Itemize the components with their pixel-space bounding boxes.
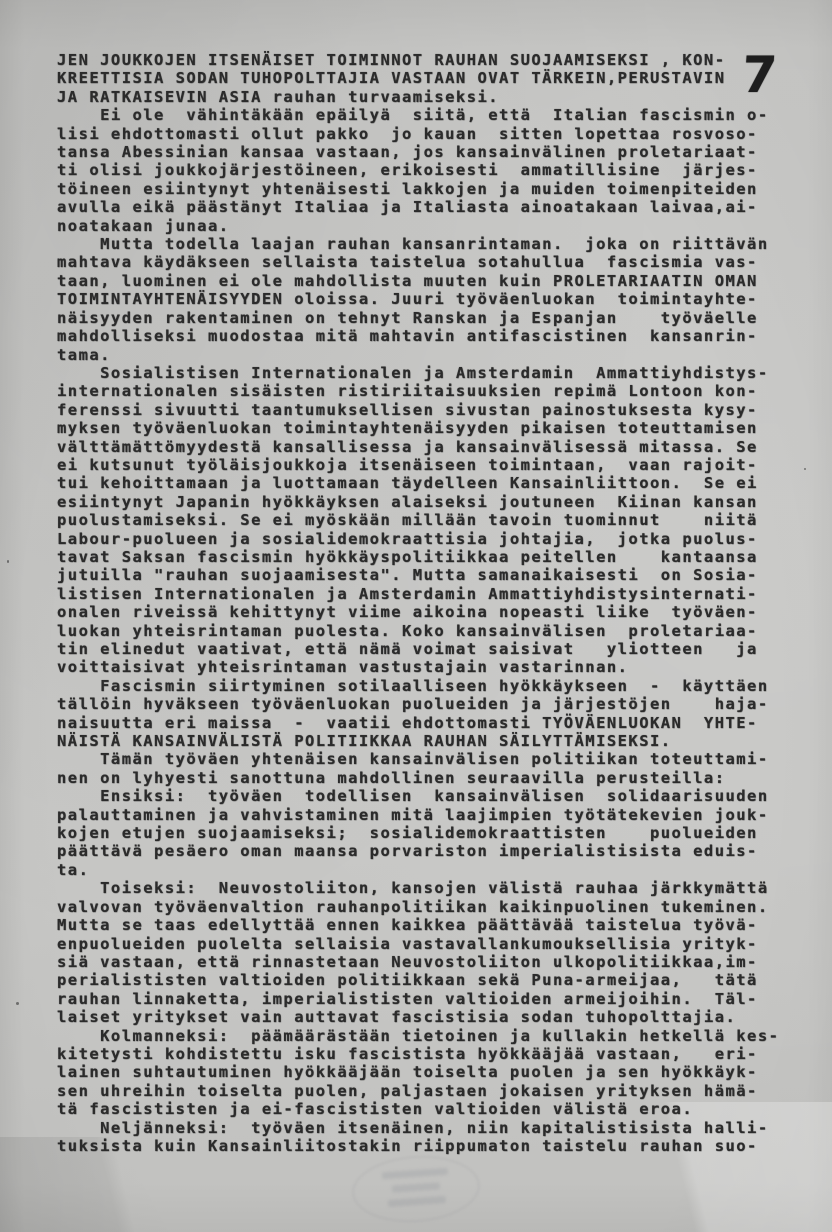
text-line: myksen työväenluokan toimintayhtenäisyyd…: [57, 419, 797, 437]
text-line: valvovan työväenvaltion rauhanpolitiikan…: [57, 898, 797, 916]
text-line: tavat Saksan fascismin hyökkäyspolitiikk…: [57, 548, 797, 566]
text-line: tansa Abessinian kansaa vastaan, jos kan…: [57, 143, 797, 161]
text-line: voittaisivat yhteisrintaman vastustajain…: [57, 658, 797, 676]
ink-speck: [7, 560, 9, 563]
text-line: näisyyden rakentaminen on tehnyt Ranskan…: [57, 309, 797, 327]
text-line: tin elinedut vaativat, että nämä voimat …: [57, 640, 797, 658]
text-line: puolustamiseksi. Se ei myöskään millään …: [57, 511, 797, 529]
text-line: Ei ole vähintäkään epäilyä siitä, että I…: [57, 106, 797, 124]
text-line: ei kutsunut työläisjoukkoja itsenäiseen …: [57, 456, 797, 474]
text-line: töineen esiintynyt yhtenäisesti lakkojen…: [57, 180, 797, 198]
text-line: siä vastaan, että rinnastetaan Neuvostol…: [57, 953, 797, 971]
text-line: rauhan linnaketta, imperialististen valt…: [57, 990, 797, 1008]
text-line: Fascismin siirtyminen sotilaalliseen hyö…: [57, 677, 797, 695]
text-line: perialististen valtioiden politiikkaan s…: [57, 971, 797, 989]
text-line: onalen riveissä kehittynyt viime aikoina…: [57, 603, 797, 621]
text-line: JEN JOUKKOJEN ITSENÄISET TOIMINNOT RAUHA…: [57, 51, 797, 69]
text-line: päättävä pesäero oman maansa porvariston…: [57, 842, 797, 860]
scanned-document-page: 7 JEN JOUKKOJEN ITSENÄISET TOIMINNOT RAU…: [0, 0, 832, 1232]
text-line: nen on lyhyesti sanottuna mahdollinen se…: [57, 769, 797, 787]
text-line: Ensiksi: työväen todellisen kansainvälis…: [57, 787, 797, 805]
text-line: lainen suhtautuminen hyökkääjään toiselt…: [57, 1063, 797, 1081]
text-line: avulla eikä päästänyt Italiaa ja Italias…: [57, 198, 797, 216]
text-line: enpuolueiden puolelta sellaisia vastaval…: [57, 935, 797, 953]
text-line: listisen Internationalen ja Amsterdamin …: [57, 585, 797, 603]
text-line: esiintynyt Japanin hyökkäyksen alaiseksi…: [57, 493, 797, 511]
text-line: Sosialistisen Internationalen ja Amsterd…: [57, 364, 797, 382]
text-line: luokan yhteisrintaman puolesta. Koko kan…: [57, 622, 797, 640]
text-line: palauttaminen ja vahvistaminen mitä laaj…: [57, 806, 797, 824]
text-line: ferenssi sivuutti taantumuksellisen sivu…: [57, 401, 797, 419]
text-line: Mutta se taas edellyttää ennen kaikkea p…: [57, 916, 797, 934]
text-line: tui kehoittamaan ja luottamaan täydellee…: [57, 474, 797, 492]
text-line: mahtava käydäkseen sellaista taistelua s…: [57, 253, 797, 271]
text-line: ti olisi joukkojärjestöineen, erikoisest…: [57, 161, 797, 179]
text-line: Tämän työväen yhtenäisen kansainvälisen …: [57, 750, 797, 768]
text-line: lisi ehdottomasti ollut pakko jo kauan s…: [57, 125, 797, 143]
text-line: Toiseksi: Neuvostoliiton, kansojen välis…: [57, 879, 797, 897]
text-line: Mutta todella laajan rauhan kansanrintam…: [57, 235, 797, 253]
text-line: välttämättömyydestä kansallisessa ja kan…: [57, 438, 797, 456]
text-line: kojen etujen suojaamiseksi; sosialidemok…: [57, 824, 797, 842]
text-line: ta.: [57, 861, 797, 879]
text-line: noatakaan junaa.: [57, 217, 797, 235]
stamp-text-line: [392, 1182, 440, 1192]
typewritten-text-block: JEN JOUKKOJEN ITSENÄISET TOIMINNOT RAUHA…: [57, 51, 797, 1155]
text-line: sen uhreihin toiselta puolen, paljastaen…: [57, 1082, 797, 1100]
text-line: NÄISTÄ KANSAINVÄLISTÄ POLITIIKKAA RAUHAN…: [57, 732, 797, 750]
text-line: Kolmanneksi: päämäärästään tietoinen ja …: [57, 1027, 797, 1045]
text-line: tä fascististen ja ei-fascististen valti…: [57, 1100, 797, 1118]
text-line: laiset yritykset vain auttavat fascistis…: [57, 1008, 797, 1026]
stamp-text-line: [382, 1168, 448, 1180]
text-line: Neljänneksi: työväen itsenäinen, niin ka…: [57, 1119, 797, 1137]
text-line: tällöin hyväkseen työväenluokan puolueid…: [57, 695, 797, 713]
text-line: kitetysti kohdistettu isku fascistista h…: [57, 1045, 797, 1063]
text-line: naisuutta eri maissa - vaatii ehdottomas…: [57, 714, 797, 732]
text-line: tuksista kuin Kansainliitostakin riippum…: [57, 1137, 797, 1155]
bleed-through-stamp: [350, 1152, 482, 1227]
ink-speck: [16, 1002, 19, 1005]
text-line: internationalen sisäisten ristiriitaisuu…: [57, 382, 797, 400]
ink-speck: [804, 468, 806, 470]
text-line: TOIMINTAYHTENÄISYYDEN oloissa. Juuri työ…: [57, 290, 797, 308]
text-line: mahdolliseksi muodostaa mitä mahtavin an…: [57, 327, 797, 345]
text-line: jutuilla "rauhan suojaamisesta". Mutta s…: [57, 566, 797, 584]
text-line: tama.: [57, 346, 797, 364]
text-line: Labour-puolueen ja sosialidemokraattisia…: [57, 530, 797, 548]
text-line: JA RATKAISEVIN ASIA rauhan turvaamiseksi…: [57, 88, 797, 106]
text-line: KREETTISIA SODAN TUHOPOLTTAJIA VASTAAN O…: [57, 69, 797, 87]
stamp-text-line: [388, 1196, 446, 1207]
text-line: taan, luominen ei ole mahdollista muuten…: [57, 272, 797, 290]
